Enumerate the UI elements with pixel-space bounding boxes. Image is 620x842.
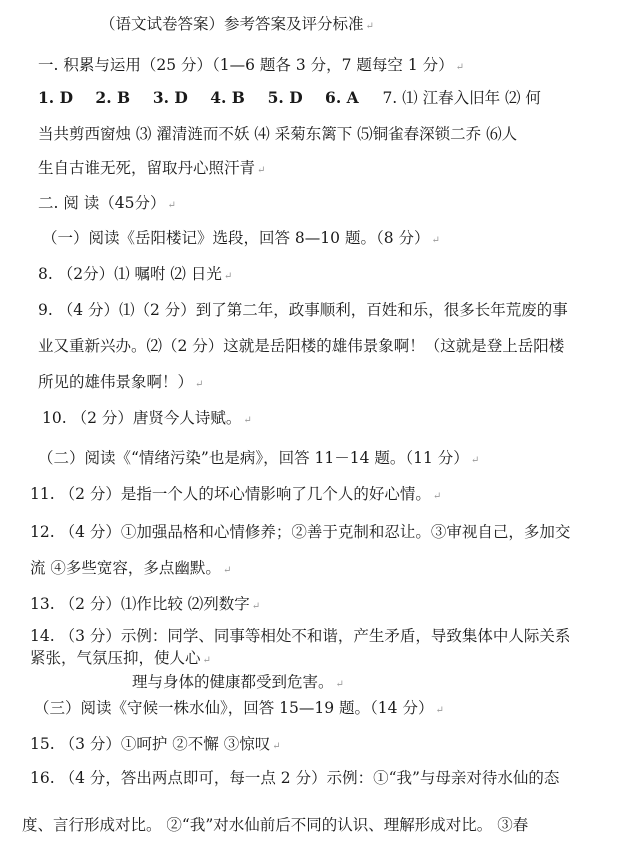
answer-13: 13. （2 分）⑴作比较 ⑵列数字↵	[30, 594, 260, 617]
part1-heading: （一）阅读《岳阳楼记》选段，回答 8—10 题。（8 分）↵	[42, 228, 440, 251]
part2-heading: （二）阅读《“情绪污染”也是病》，回答 11－14 题。（11 分）↵	[38, 448, 479, 471]
answer-14-line3: 理与身体的健康都受到危害。↵	[132, 672, 344, 695]
answer-15: 15. （3 分）①呵护 ②不懈 ③惊叹↵	[30, 734, 281, 757]
answer-9-line2: 业又重新兴办。⑵（2 分）这就是岳阳楼的雄伟景象啊！（这就是登上岳阳楼	[38, 336, 564, 356]
answer-7-line2: 当共剪西窗烛 ⑶ 濯清涟而不妖 ⑷ 采菊东篱下 ⑸铜雀春深锁二乔 ⑹人	[38, 124, 517, 144]
answer-14-line1: 14. （3 分）示例：同学、同事等相处不和谐，产生矛盾，导致集体中人际关系	[30, 626, 570, 646]
section1-heading: 一. 积累与运用（25 分）（1—6 题各 3 分，7 题每空 1 分）↵	[38, 55, 464, 78]
answer-16-line1: 16. （4 分，答出两点即可，每一点 2 分）示例：①“我”与母亲对待水仙的态	[30, 768, 559, 788]
answer-12-line1: 12. （4 分）①加强品格和心情修养；②善于克制和忍让。③审视自己，多加交	[30, 522, 570, 542]
mc-answers-row: 1. D 2. B 3. D 4. B 5. D 6. A 7. ⑴ 江春入旧年…	[38, 88, 541, 108]
answer-1: 1. D	[38, 88, 90, 108]
answer-4: 4. B	[210, 88, 262, 108]
answer-11: 11. （2 分）是指一个人的坏心情影响了几个人的好心情。↵	[30, 484, 441, 507]
answer-6: 6. A	[325, 88, 377, 108]
answer-14-line2: 紧张，气氛压抑，使人心↵	[30, 648, 211, 671]
answer-5: 5. D	[268, 88, 320, 108]
page-title: （语文试卷答案）参考答案及评分标准↵	[100, 14, 374, 37]
answer-7-line3: 生自古谁无死，留取丹心照汗青↵	[38, 158, 265, 181]
answer-2: 2. B	[95, 88, 147, 108]
answer-12-line2: 流 ④多些宽容，多点幽默。↵	[30, 558, 231, 581]
answer-3: 3. D	[153, 88, 205, 108]
answer-16-line2: 度、言行形成对比。 ②“我”对水仙前后不同的认识、理解形成对比。 ③春	[22, 815, 528, 835]
answer-9-line3: 所见的雄伟景象啊！）↵	[38, 372, 203, 395]
section2-heading: 二. 阅 读（45分）↵	[38, 193, 176, 216]
answer-10: 10. （2 分）唐贤今人诗赋。↵	[42, 408, 252, 431]
answer-7-part1: 7. ⑴ 江春入旧年 ⑵ 何	[382, 89, 541, 107]
answer-8: 8. （2分）⑴ 嘱咐 ⑵ 日光↵	[38, 264, 232, 287]
answer-9-line1: 9. （4 分）⑴（2 分）到了第二年，政事顺利，百姓和乐，很多长年荒废的事	[38, 300, 568, 320]
part3-heading: （三）阅读《守候一株水仙》，回答 15—19 题。（14 分）↵	[34, 698, 444, 721]
